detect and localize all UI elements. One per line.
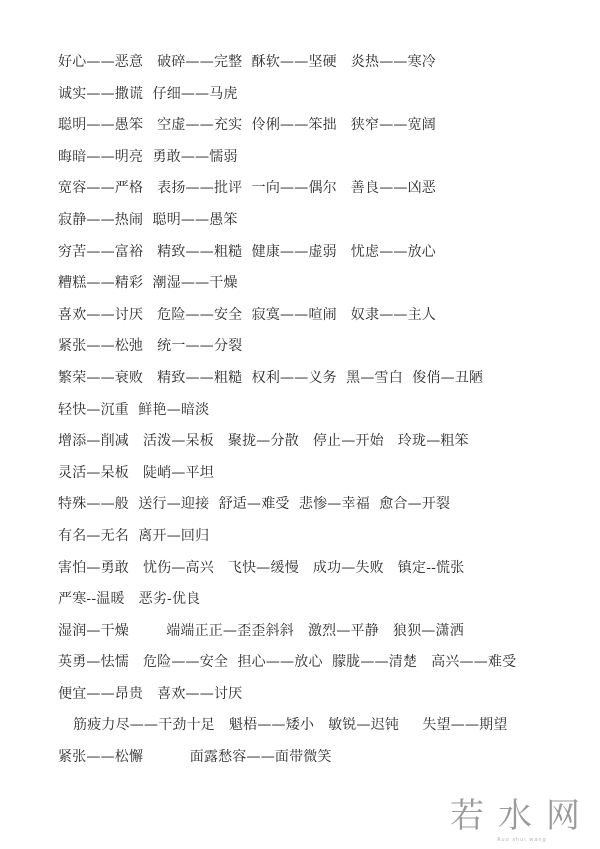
text-line-17: 害怕—勇敢 忧伤—高兴 飞快—缓慢 成功—失败 镇定--慌张 [58,559,578,591]
text-line-12: 轻快—沉重 鲜艳—暗淡 [58,401,578,433]
text-line-14: 灵活—呆板 陡峭—平坦 [58,464,578,496]
watermark-title: 若水网 [447,797,597,835]
text-line-6: 寂静——热闹 聪明——愚笨 [58,211,578,243]
text-line-3: 聪明——愚笨 空虚——充实 伶俐——笨拙 狭窄——宽阔 [58,116,578,148]
text-line-7: 穷苦——富裕 精致——粗糙 健康——虚弱 忧虑——放心 [58,243,578,275]
text-line-16: 有名—无名 离开—回归 [58,527,578,559]
text-line-10: 紧张——松弛 统一——分裂 [58,337,578,369]
text-line-19: 湿润—干燥 端端正正—歪歪斜斜 激烈—平静 狼狈—潇洒 [58,622,578,654]
text-line-1: 好心——恶意 破碎——完整 酥软——坚硬 炎热——寒冷 [58,53,578,85]
text-line-23: 紧张——松懈 面露愁容——面带微笑 [58,748,578,780]
text-line-22: 筋疲力尽——干劲十足 魁梧——矮小 敏锐—迟钝 失望——期望 [58,716,578,748]
text-line-13: 增添—削减 活泼—呆板 聚拢—分散 停止—开始 玲珑—粗笨 [58,432,578,464]
watermark-logo: 若水网 Ruo shui wang [447,797,597,843]
text-line-11: 繁荣——衰败 精致——粗糙 权利——义务 黑—雪白 俊俏—丑陋 [58,369,578,401]
text-line-5: 宽容——严格 表扬——批评 一向——偶尔 善良——凶恶 [58,179,578,211]
text-line-8: 糟糕——精彩 潮湿——干燥 [58,274,578,306]
text-line-2: 诚实——撒谎 仔细——马虎 [58,85,578,117]
text-line-18: 严寒--温暖 恶劣-优良 [58,590,578,622]
antonym-list: 好心——恶意 破碎——完整 酥软——坚硬 炎热——寒冷 诚实——撒谎 仔细——马… [58,53,578,780]
text-line-9: 喜欢——讨厌 危险——安全 寂寞——喧闹 奴隶——主人 [58,306,578,338]
text-line-20: 英勇—怯懦 危险——安全 担心——放心 朦胧——清楚 高兴——难受 [58,653,578,685]
text-line-21: 便宜——昂贵 喜欢——讨厌 [58,685,578,717]
watermark-subtitle: Ruo shui wang [447,837,597,843]
text-line-15: 特殊——般 送行—迎接 舒适—难受 悲惨—幸福 愈合—开裂 [58,495,578,527]
text-line-4: 晦暗——明亮 勇敢——懦弱 [58,148,578,180]
